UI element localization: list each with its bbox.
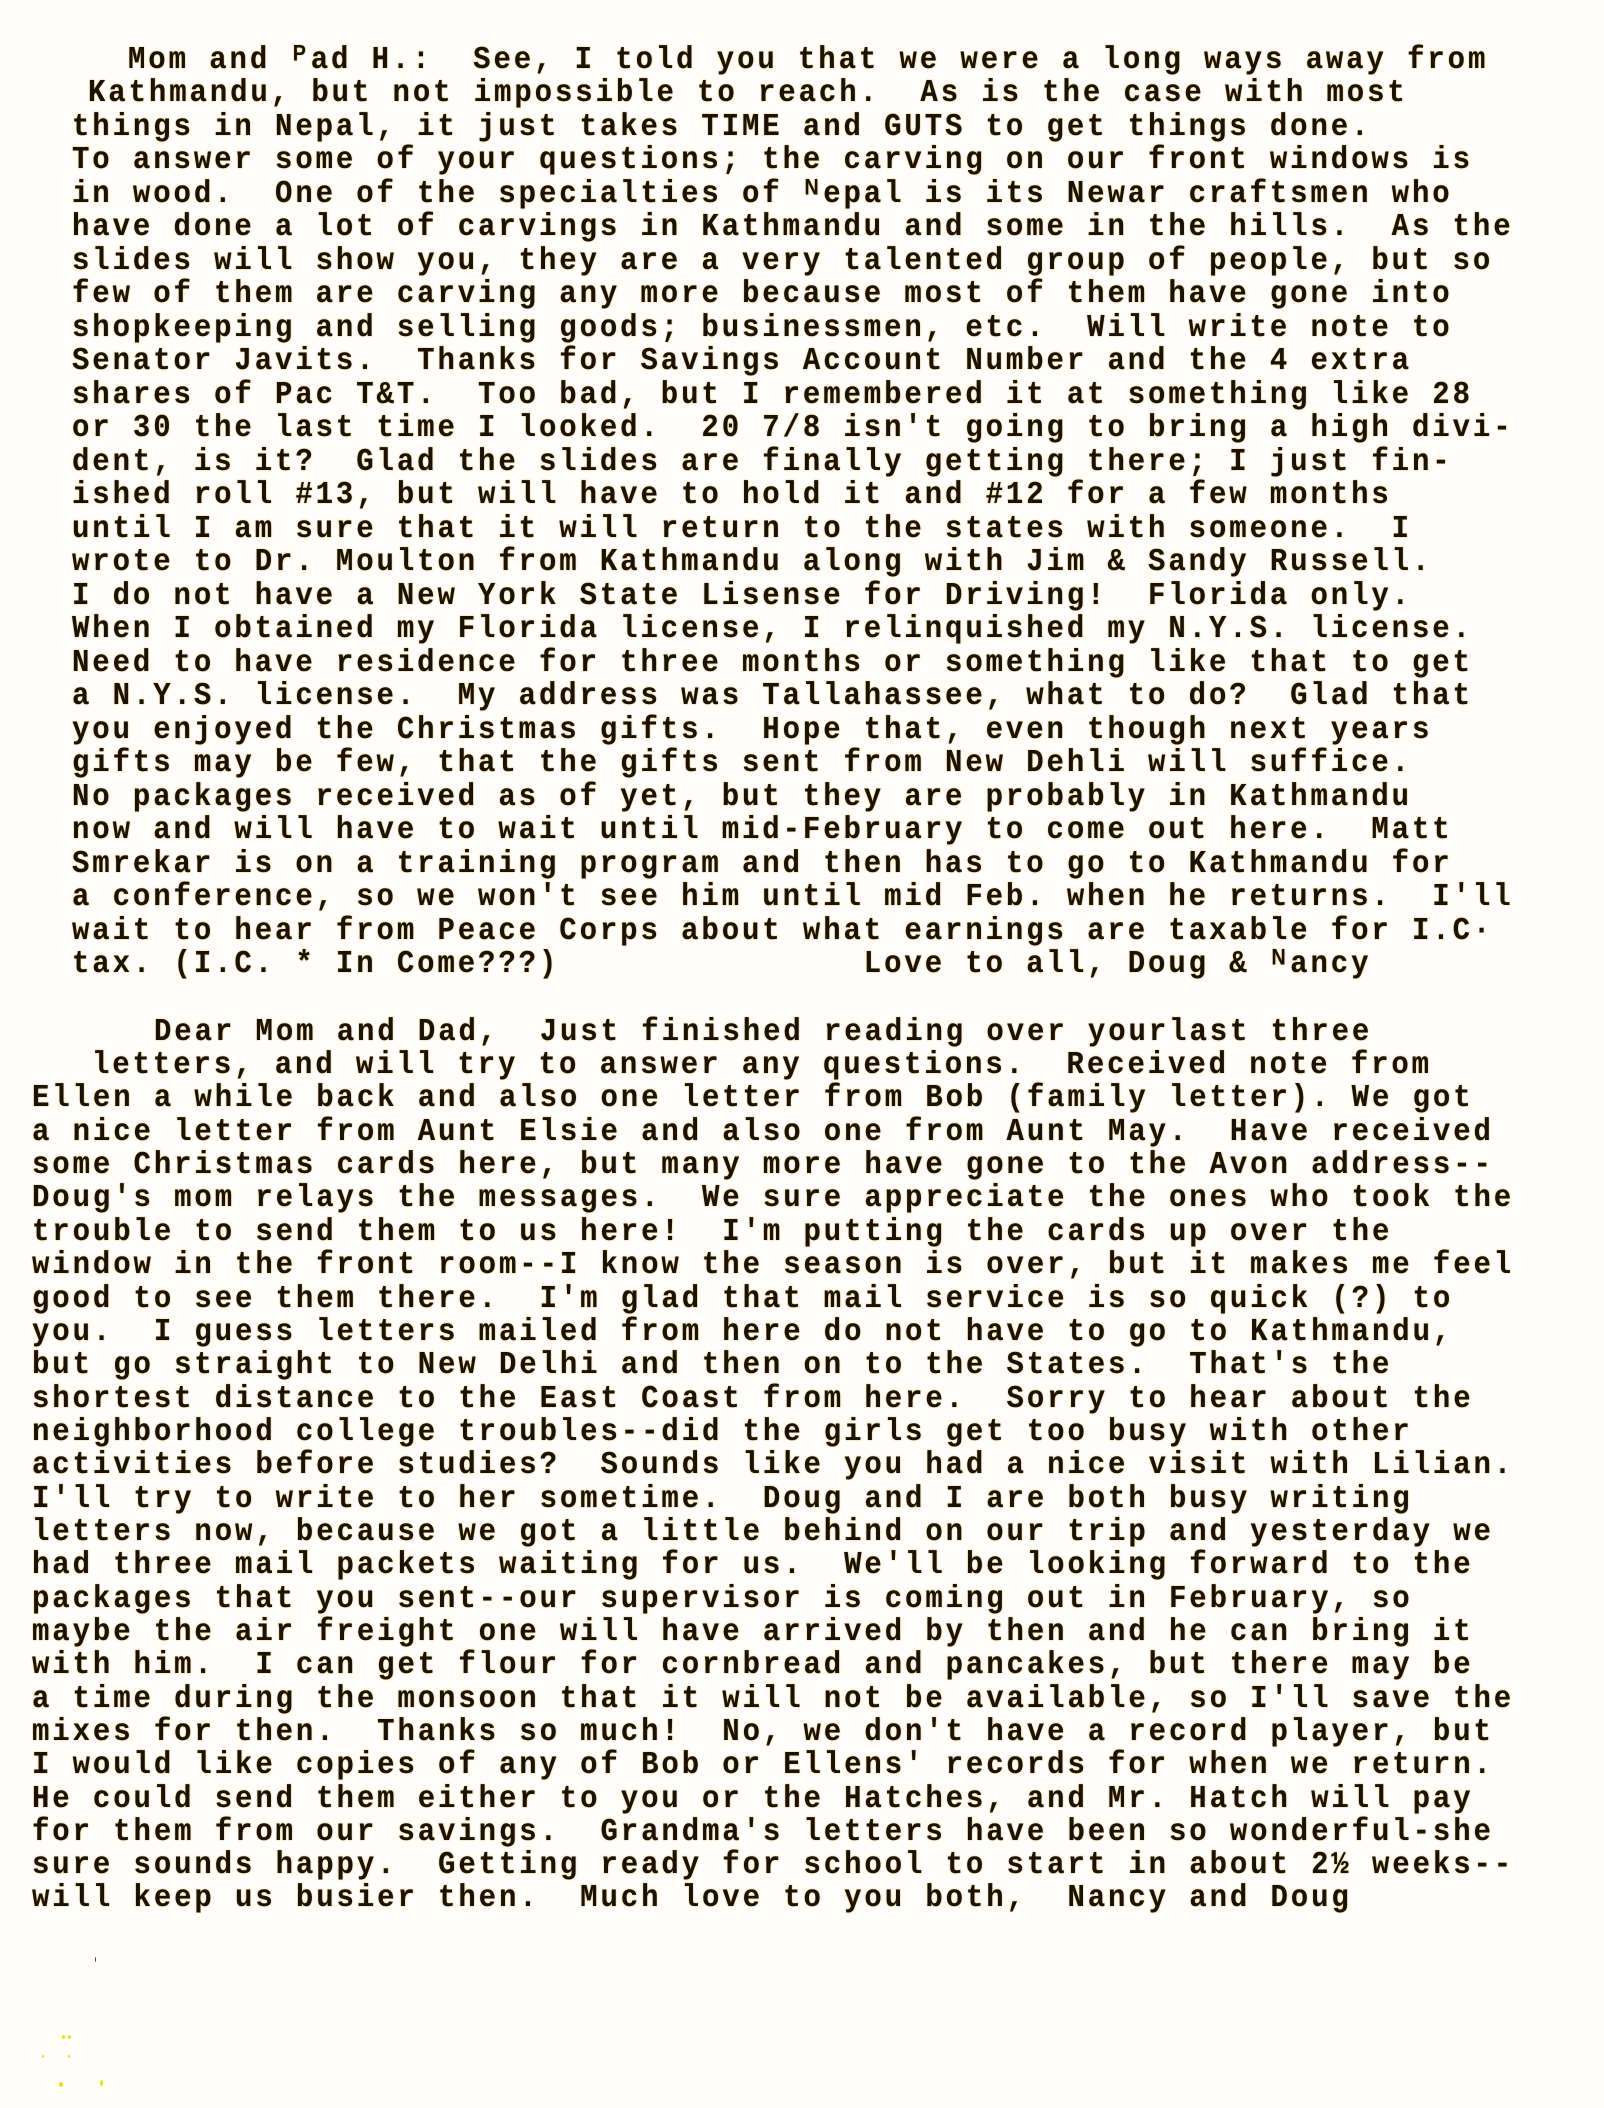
letter-1-line: in wood. One of the specialties of ᴺepal… (72, 176, 1453, 212)
letter-2-line: neighborhood college troubles--did the g… (32, 1414, 1413, 1450)
letter-1-line: things in Nepal, it just takes TIME and … (72, 109, 1371, 145)
letter-2-signoff-line: will keep us busier then. Much love to y… (32, 1880, 1352, 1916)
letter-1-line: a N.Y.S. license. My address was Tallaha… (72, 678, 1473, 714)
letter-1-line: shares of Pac T&T. Too bad, but I rememb… (72, 377, 1473, 413)
letter-1-line: Smrekar is on a training program and the… (72, 846, 1453, 882)
letter-2-line: trouble to send them to us here! I'm put… (32, 1214, 1392, 1250)
letter-1-line: shopkeeping and selling goods; businessm… (72, 310, 1453, 346)
letter-2-line: some Christmas cards here, but many more… (32, 1147, 1494, 1183)
letter-2-line: Ellen a while back and also one letter f… (32, 1080, 1474, 1116)
letter-1-line: until I am sure that it will return to t… (72, 511, 1412, 547)
letter-1-line: or 30 the last time I looked. 20 7/8 isn… (72, 410, 1514, 446)
letter-2-line: maybe the air freight one will have arri… (32, 1614, 1474, 1650)
letter-1-line: Kathmandu, but not impossible to reach. … (88, 75, 1408, 111)
letter-1-line: wrote to Dr. Moulton from Kathmandu alon… (72, 544, 1432, 580)
scan-speck (68, 2055, 70, 2058)
letter-1-line: gifts may be few, that the gifts sent fr… (72, 745, 1412, 781)
letter-1-signoff-line: tax. (I.C. * In Come???) Love to all, Do… (72, 946, 1371, 982)
letter-1-line: ished roll #13, but will have to hold it… (72, 477, 1392, 513)
letter-1-line: Need to have residence for three months … (72, 645, 1473, 681)
scan-speck (100, 2080, 103, 2086)
letter-1-line: slides will show you, they are a very ta… (72, 243, 1493, 279)
letter-2-line: but go straight to New Delhi and then on… (32, 1347, 1392, 1383)
letter-2-line: He could send them either to you or the … (32, 1781, 1474, 1817)
scan-speck (68, 2035, 71, 2039)
letter-2-line: sure sounds happy. Getting ready for sch… (32, 1847, 1514, 1883)
scan-speck (42, 2055, 44, 2058)
letter-1-line: To answer some of your questions; the ca… (72, 142, 1473, 178)
letter-page: Mom and ᴾad H.: See, I told you that we … (0, 0, 1604, 2108)
letter-2-line: window in the front room--I know the sea… (32, 1247, 1514, 1283)
letter-1-line: wait to hear from Peace Corps about what… (72, 913, 1493, 949)
scan-speck (95, 1957, 96, 1962)
letter-2-line: packages that you sent--our supervisor i… (32, 1581, 1413, 1617)
letter-2-line: I would like copies of any of Bob or Ell… (32, 1747, 1494, 1783)
letter-1-line: When I obtained my Florida license, I re… (72, 611, 1473, 647)
letter-1-line: a conference, so we won't see him until … (72, 879, 1514, 915)
letter-2-line: letters, and will try to answer any ques… (92, 1047, 1432, 1083)
letter-1-line: you enjoyed the Christmas gifts. Hope th… (72, 712, 1432, 748)
letter-1-line: now and will have to wait until mid-Febr… (72, 812, 1453, 848)
letter-2-line: good to see them there. I'm glad that ma… (32, 1281, 1453, 1317)
letter-1-line: dent, is it? Glad the slides are finally… (72, 444, 1453, 480)
letter-2-line: a time during the monsoon that it will n… (32, 1681, 1514, 1717)
letter-1-line: No packages received as of yet, but they… (72, 779, 1412, 815)
letter-2-line: you. I guess letters mailed from here do… (32, 1314, 1453, 1350)
letter-1-line: Senator Javits. Thanks for Savings Accou… (72, 343, 1412, 379)
letter-2-line: Dear Mom and Dad, Just finished reading … (154, 1014, 1372, 1050)
letter-2-line: letters now, because we got a little beh… (32, 1514, 1494, 1550)
letter-2-line: activities before studies? Sounds like y… (32, 1447, 1514, 1483)
letter-2-line: with him. I can get flour for cornbread … (32, 1647, 1474, 1683)
letter-2-line: a nice letter from Aunt Elsie and also o… (32, 1114, 1494, 1150)
scan-speck (59, 2082, 63, 2087)
letter-2-line: Doug's mom relays the messages. We sure … (32, 1180, 1514, 1216)
scan-speck (62, 2035, 65, 2039)
letter-2-line: had three mail packets waiting for us. W… (32, 1547, 1474, 1583)
letter-2-line: mixes for then. Thanks so much! No, we d… (32, 1714, 1494, 1750)
letter-1-line: few of them are carving any more because… (72, 276, 1453, 312)
letter-1-line: have done a lot of carvings in Kathmandu… (72, 209, 1514, 245)
letter-2-line: I'll try to write to her sometime. Doug … (32, 1481, 1413, 1517)
letter-1-line: I do not have a New York State Lisense f… (72, 578, 1412, 614)
letter-2-line: for them from our savings. Grandma's let… (32, 1814, 1494, 1850)
letter-2-line: shortest distance to the East Coast from… (32, 1381, 1474, 1417)
letter-1-line: Mom and ᴾad H.: See, I told you that we … (128, 42, 1488, 78)
